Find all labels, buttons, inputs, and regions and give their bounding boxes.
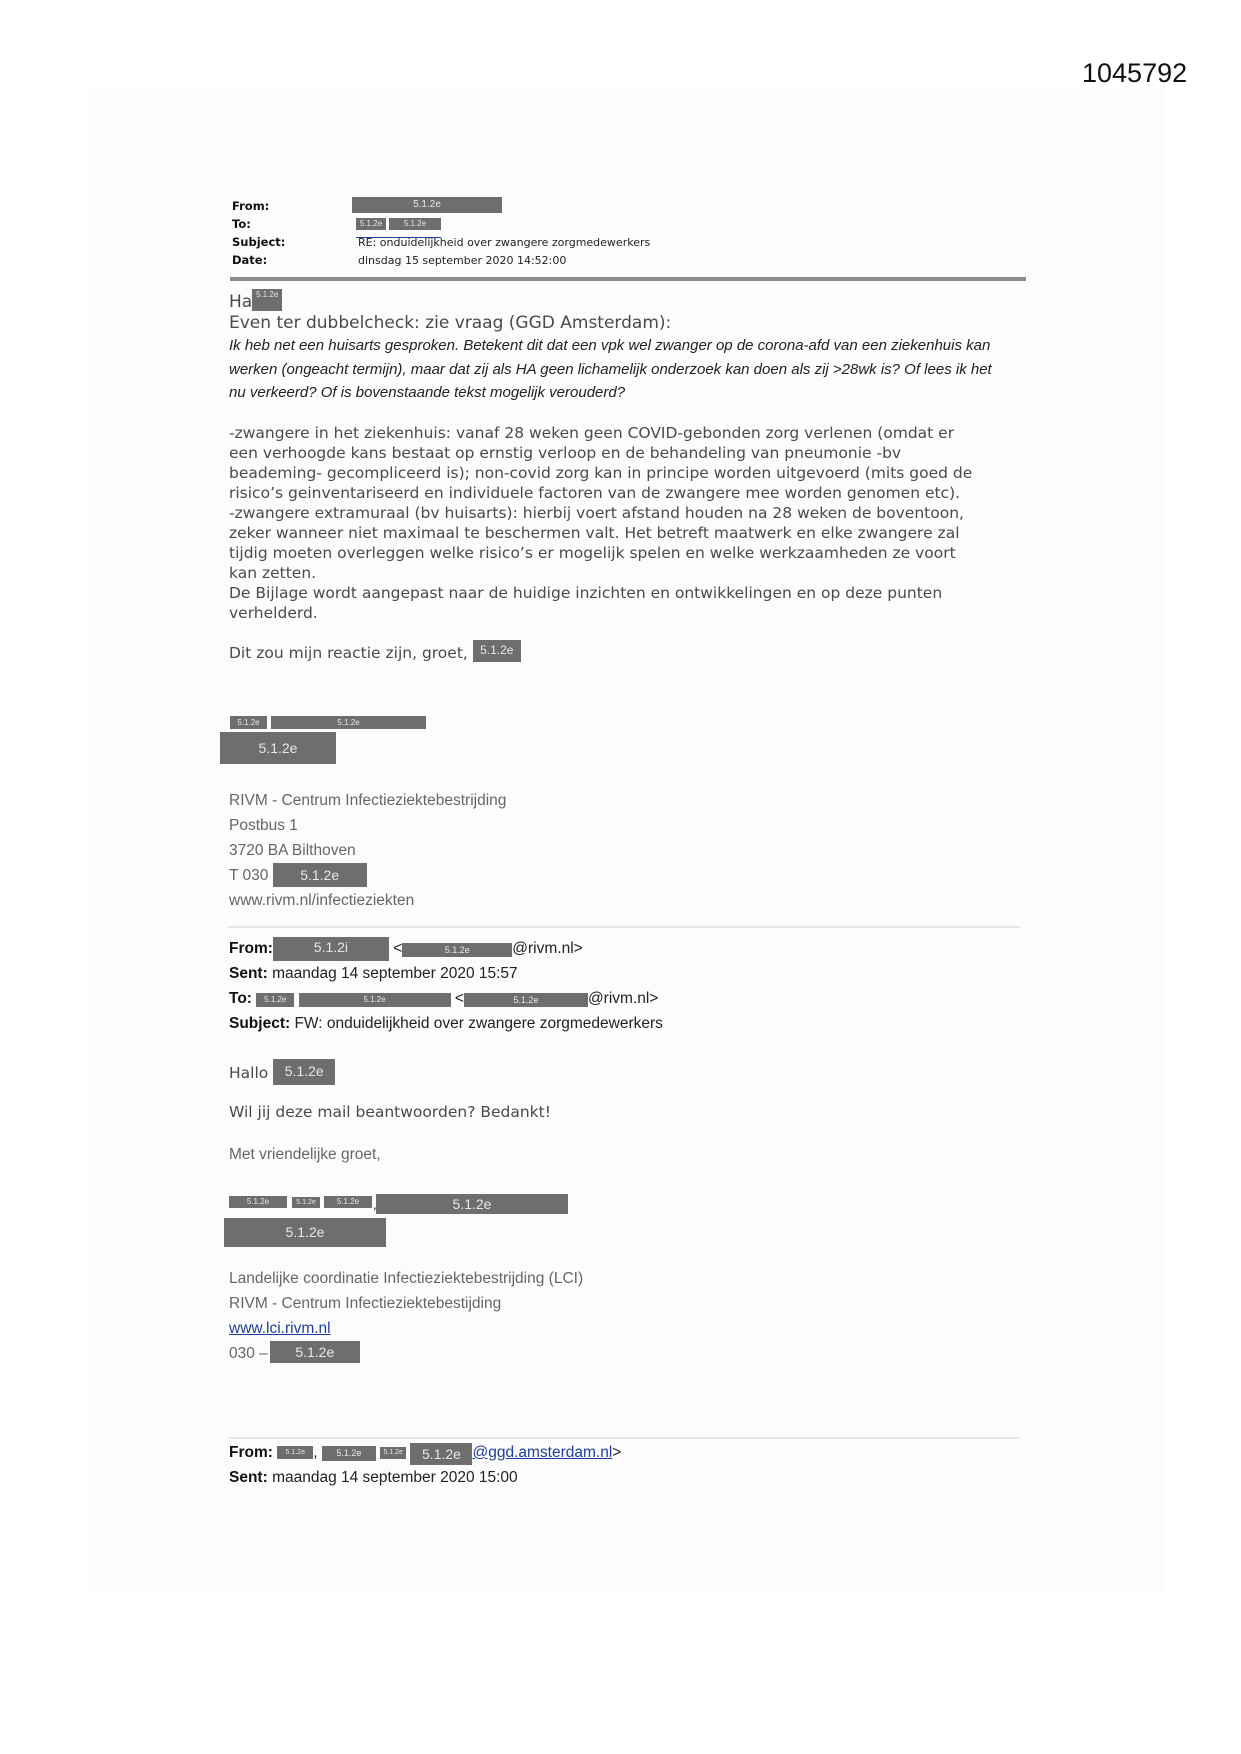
redaction-box: 5.1.2e: [273, 863, 367, 887]
answer-line: kan zetten.: [229, 563, 972, 583]
original-sent-row: Sent: maandag 14 september 2020 15:00: [229, 1469, 518, 1487]
sent-label: Sent:: [229, 965, 268, 982]
phone-prefix: T 030: [229, 867, 268, 884]
to-recipients: 5.1.2e5.1.2e: [356, 218, 441, 238]
signature-line: 3720 BA Bilthoven: [229, 838, 506, 863]
redaction-box: 5.1.2e: [256, 993, 294, 1007]
ggd-email-link[interactable]: @ggd.amsterdam.nl: [472, 1444, 612, 1461]
answer-line: zeker wanneer niet maximaal te bescherme…: [229, 523, 972, 543]
answer-line: verhelderd.: [229, 603, 972, 623]
from-label: From:: [229, 1444, 273, 1461]
from-label: From:: [232, 199, 269, 213]
signature-line: Postbus 1: [229, 813, 506, 838]
forward-body: Wil jij deze mail beantwoorden? Bedankt!: [229, 1102, 551, 1122]
reply-closing: Dit zou mijn reactie zijn, groet, 5.1.2e: [229, 643, 521, 663]
redaction-box: 5.1.2e: [322, 1446, 376, 1461]
document-number: 1045792: [1082, 58, 1187, 89]
redaction-box: 5.1.2e: [270, 1341, 360, 1363]
answer-line: risico’s geinventariseerd en individuele…: [229, 483, 972, 503]
redaction-box: 5.1.2i: [273, 937, 389, 961]
redaction-box: 5.1.2e: [324, 1196, 372, 1208]
sent-label: Sent:: [229, 1469, 268, 1486]
email-domain: @rivm.nl>: [588, 990, 658, 1007]
redaction-box: 5.1.2e: [389, 218, 441, 230]
signature-address: Landelijke coordinatie Infectieziektebes…: [229, 1266, 583, 1366]
greeting-text: Ha: [229, 292, 252, 312]
question-line: nu verkeerd? Of is bovenstaande tekst mo…: [229, 381, 992, 405]
answer-line: tijdig moeten overleggen welke risico’s …: [229, 543, 972, 563]
redaction-box: 5.1.2e: [292, 1197, 320, 1208]
email-domain: @rivm.nl>: [512, 940, 582, 957]
signature-line: Landelijke coordinatie Infectieziektebes…: [229, 1266, 583, 1291]
forward-greeting: Hallo 5.1.2e: [229, 1063, 335, 1085]
forward-divider: [228, 926, 1020, 928]
forward-closing: Met vriendelijke groet,: [229, 1142, 381, 1167]
sent-value: maandag 14 september 2020 15:57: [272, 965, 518, 982]
reply-intro: Even ter dubbelcheck: zie vraag (GGD Ams…: [229, 313, 671, 333]
subject-value: FW: onduidelijkheid over zwangere zorgme…: [294, 1015, 662, 1032]
greeting-text: Hallo: [229, 1064, 268, 1082]
from-label: From:: [229, 940, 273, 957]
answer-line: De Bijlage wordt aangepast naar de huidi…: [229, 583, 972, 603]
to-label: To:: [232, 217, 251, 231]
answer-paragraph: -zwangere in het ziekenhuis: vanaf 28 we…: [229, 423, 972, 623]
redaction-box: 5.1.2e: [220, 732, 336, 764]
original-divider: [228, 1437, 1020, 1439]
redaction-box: 5.1.2e: [473, 640, 521, 662]
sent-value: maandag 14 september 2020 15:00: [272, 1469, 518, 1486]
redaction-box: 5.1.2e: [252, 289, 282, 311]
signature-line: RIVM - Centrum Infectieziektebestijding: [229, 1291, 583, 1316]
redaction-box: 5.1.2e: [230, 716, 267, 729]
to-label: To:: [229, 990, 252, 1007]
answer-line: beademing- gecompliceerd is); non-covid …: [229, 463, 972, 483]
signature-phone: T 030 5.1.2e: [229, 863, 506, 888]
question-line: werken (ongeacht termijn), maar dat zij …: [229, 358, 992, 382]
question-line: Ik heb net een huisarts gesproken. Betek…: [229, 334, 992, 358]
redaction-box: 5.1.2e: [464, 993, 588, 1007]
answer-line: -zwangere extramuraal (bv huisarts): hie…: [229, 503, 972, 523]
redaction-box: 5.1.2e: [356, 218, 386, 230]
redaction-box: 5.1.2e: [376, 1194, 568, 1214]
redaction-box: 5.1.2e: [299, 993, 451, 1007]
redaction-box: 5.1.2e: [402, 943, 512, 957]
redaction-box: 5.1.2e: [224, 1218, 386, 1247]
forward-subject-row: Subject: FW: onduidelijkheid over zwange…: [229, 1015, 663, 1033]
redaction-box: 5.1.2e: [271, 716, 426, 729]
forward-to-row: To: 5.1.2e 5.1.2e <5.1.2e@rivm.nl>: [229, 990, 658, 1008]
redaction-box: 5.1.2e: [277, 1446, 313, 1459]
redaction-box: 5.1.2e: [352, 197, 502, 213]
quoted-question: Ik heb net een huisarts gesproken. Betek…: [229, 334, 992, 405]
date-value: dinsdag 15 september 2020 14:52:00: [358, 254, 566, 267]
signature-address: RIVM - Centrum Infectieziektebestrijding…: [229, 788, 506, 913]
header-divider: [230, 277, 1026, 281]
subject-label: Subject:: [232, 235, 285, 249]
forward-from-row: From:5.1.2i <5.1.2e@rivm.nl>: [229, 940, 583, 961]
subject-label: Subject:: [229, 1015, 290, 1032]
email-close: >: [612, 1444, 621, 1461]
signature-line: RIVM - Centrum Infectieziektebestrijding: [229, 788, 506, 813]
lci-website-link[interactable]: www.lci.rivm.nl: [229, 1320, 331, 1337]
phone-prefix: 030 –: [229, 1345, 268, 1362]
original-from-row: From: 5.1.2e, 5.1.2e 5.1.2e 5.1.2e@ggd.a…: [229, 1444, 621, 1465]
redaction-box: 5.1.2e: [229, 1196, 287, 1208]
signature-phone: 030 –5.1.2e: [229, 1341, 583, 1366]
forward-sent-row: Sent: maandag 14 september 2020 15:57: [229, 965, 518, 983]
redaction-box: 5.1.2e: [273, 1059, 335, 1085]
answer-line: -zwangere in het ziekenhuis: vanaf 28 we…: [229, 423, 972, 443]
redaction-box: 5.1.2e: [410, 1443, 472, 1465]
subject-value: RE: onduidelijkheid over zwangere zorgme…: [358, 236, 650, 249]
answer-line: een verhoogde kans bestaat op ernstig ve…: [229, 443, 972, 463]
reply-greeting: Ha5.1.2e: [229, 292, 282, 312]
closing-text: Dit zou mijn reactie zijn, groet,: [229, 644, 468, 662]
date-label: Date:: [232, 253, 267, 267]
redaction-box: 5.1.2e: [380, 1447, 406, 1459]
signature-website: www.rivm.nl/infectieziekten: [229, 888, 506, 913]
